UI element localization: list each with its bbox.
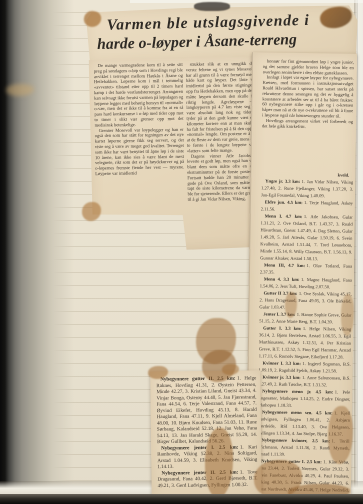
photo-bottom-edge [0, 494, 363, 504]
result-class: Gutter II 3.7 km:1. Ove Syslak, Viking 4… [259, 289, 351, 311]
result-class: Menn 4. 3.3 km:1. Magne Haugland, Fana 1… [260, 275, 352, 290]
scrapbook-photo: Varmen ble utslagsgivende i harde o-løyp… [0, 0, 363, 504]
article-paragraph: Dagens vinner Atle Jacobsen leverte et g… [187, 153, 256, 203]
book-binding-shadow [0, 0, 74, 504]
print-smudge [194, 2, 230, 11]
article-paragraph: Grenner Mosevoll var løypelegger og han … [95, 127, 185, 177]
result-class: Eldre jun. 4.5 km:1. Terje Haugland, Ask… [261, 198, 353, 213]
article-headline: Varmen ble utslagsgivende i harde o-løyp… [83, 4, 358, 55]
result-class: Yngre jr. 3.3 km:1. Jan Vidar Nilsen, Vi… [261, 177, 353, 199]
article-column-2: strukket slik at en unngikk de verste fe… [186, 61, 257, 246]
article-paragraph: Hovdings arrangement virket vel forbered… [262, 118, 353, 130]
result-class: Menn III, 4.7 km:1. Olav Totland, Fana 2… [260, 261, 352, 276]
article-paragraph: Innlagt i løpet var egne løyper for nybe… [262, 75, 354, 119]
article-paragraph: De mange varmegradene kom til å sette si… [94, 62, 184, 128]
article-paragraph: honnør for fint gjennomført løp i yngre … [263, 58, 354, 75]
result-class: Kvinner jr. 3.3 km:1. Anne Salomonsen, B… [258, 373, 350, 388]
article-column-1: De mange varmegradene kom til å sette si… [94, 62, 185, 218]
result-class: Jenter I. 3.7 km:1. Hanne Sophie Greve, … [259, 310, 351, 325]
article-column-3: honnør for fint gjennomført løp i yngre … [261, 58, 354, 171]
article-paragraph: strukket slik at en unngikk de verste fe… [186, 61, 255, 154]
page-top-edge [130, 0, 363, 3]
result-class: Kvinner I. 3.3 km:1. Ingjerd Sognman, B.… [259, 359, 351, 374]
result-class: Menn I. 4.7 km:1. Atle Jakobsen, Gular 1… [260, 212, 353, 262]
result-class: Nybegynnere gutter II. 2.5 km:1. Helge R… [156, 375, 257, 445]
result-class: Gutter I. 3.3 km:1. Helge Nilsen, Viking… [259, 324, 351, 360]
